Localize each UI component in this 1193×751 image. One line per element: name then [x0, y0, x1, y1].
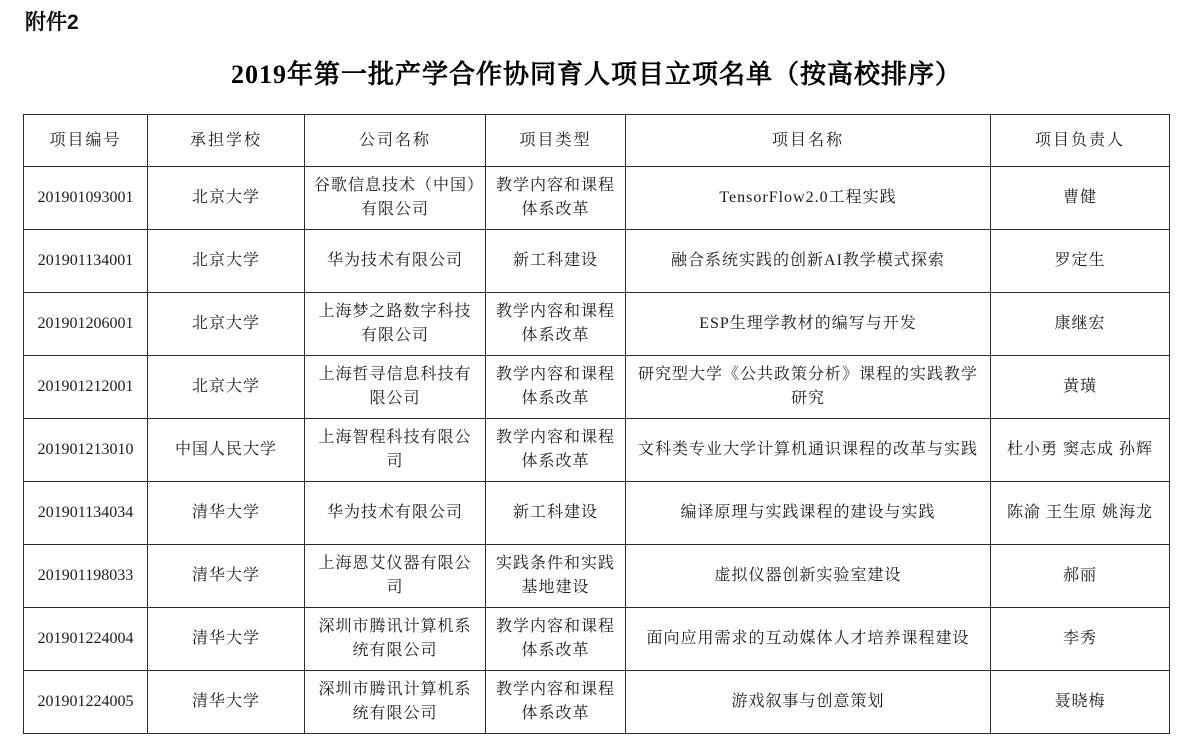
header-cell-company: 公司名称 [305, 115, 486, 167]
table-cell-project-name: ESP生理学教材的编写与开发 [626, 293, 991, 356]
table-body: 201901093001北京大学谷歌信息技术（中国）有限公司教学内容和课程体系改… [24, 167, 1170, 734]
table-cell-company: 上海梦之路数字科技有限公司 [305, 293, 486, 356]
table-row: 201901224005清华大学深圳市腾讯计算机系统有限公司教学内容和课程体系改… [24, 671, 1170, 734]
attachment-label: 附件2 [25, 8, 1193, 38]
table-cell-project-id: 201901093001 [24, 167, 148, 230]
table-row: 201901224004清华大学深圳市腾讯计算机系统有限公司教学内容和课程体系改… [24, 608, 1170, 671]
table-cell-project-name: 虚拟仪器创新实验室建设 [626, 545, 991, 608]
table-cell-project-leader: 黄璜 [991, 356, 1170, 419]
table-cell-project-id: 201901224005 [24, 671, 148, 734]
table-cell-company: 华为技术有限公司 [305, 230, 486, 293]
projects-table: 项目编号承担学校公司名称项目类型项目名称项目负责人 201901093001北京… [23, 114, 1170, 734]
header-cell-project-type: 项目类型 [486, 115, 626, 167]
table-cell-company: 上海哲寻信息科技有限公司 [305, 356, 486, 419]
table-cell-project-type: 新工科建设 [486, 482, 626, 545]
table-cell-school: 北京大学 [148, 230, 305, 293]
table-cell-project-name: TensorFlow2.0工程实践 [626, 167, 991, 230]
table-cell-school: 北京大学 [148, 167, 305, 230]
header-cell-project-leader: 项目负责人 [991, 115, 1170, 167]
table-cell-project-type: 实践条件和实践基地建设 [486, 545, 626, 608]
table-row: 201901134001北京大学华为技术有限公司新工科建设融合系统实践的创新AI… [24, 230, 1170, 293]
table-cell-project-name: 游戏叙事与创意策划 [626, 671, 991, 734]
table-row: 201901134034清华大学华为技术有限公司新工科建设编译原理与实践课程的建… [24, 482, 1170, 545]
table-cell-school: 清华大学 [148, 545, 305, 608]
table-cell-project-id: 201901224004 [24, 608, 148, 671]
table-row: 201901198033清华大学上海恩艾仪器有限公司实践条件和实践基地建设虚拟仪… [24, 545, 1170, 608]
table-header-row: 项目编号承担学校公司名称项目类型项目名称项目负责人 [24, 115, 1170, 167]
table-row: 201901206001北京大学上海梦之路数字科技有限公司教学内容和课程体系改革… [24, 293, 1170, 356]
table-cell-school: 北京大学 [148, 356, 305, 419]
table-cell-company: 上海智程科技有限公司 [305, 419, 486, 482]
header-cell-project-name: 项目名称 [626, 115, 991, 167]
table-cell-project-type: 教学内容和课程体系改革 [486, 167, 626, 230]
header-cell-school: 承担学校 [148, 115, 305, 167]
document-page: 附件2 2019年第一批产学合作协同育人项目立项名单（按高校排序） 项目编号承担… [0, 0, 1193, 751]
table-row: 201901212001北京大学上海哲寻信息科技有限公司教学内容和课程体系改革研… [24, 356, 1170, 419]
table-cell-company: 深圳市腾讯计算机系统有限公司 [305, 671, 486, 734]
table-cell-project-type: 教学内容和课程体系改革 [486, 608, 626, 671]
header-cell-project-id: 项目编号 [24, 115, 148, 167]
table-cell-project-leader: 李秀 [991, 608, 1170, 671]
table-cell-company: 上海恩艾仪器有限公司 [305, 545, 486, 608]
table-cell-project-id: 201901134001 [24, 230, 148, 293]
table-cell-project-type: 教学内容和课程体系改革 [486, 419, 626, 482]
table-cell-project-id: 201901198033 [24, 545, 148, 608]
table-cell-school: 清华大学 [148, 482, 305, 545]
table-cell-project-type: 教学内容和课程体系改革 [486, 356, 626, 419]
table-cell-school: 中国人民大学 [148, 419, 305, 482]
table-cell-project-name: 面向应用需求的互动媒体人才培养课程建设 [626, 608, 991, 671]
table-cell-project-leader: 杜小勇 窦志成 孙辉 [991, 419, 1170, 482]
table-cell-project-type: 教学内容和课程体系改革 [486, 671, 626, 734]
table-cell-project-leader: 康继宏 [991, 293, 1170, 356]
table-row: 201901093001北京大学谷歌信息技术（中国）有限公司教学内容和课程体系改… [24, 167, 1170, 230]
table-cell-company: 深圳市腾讯计算机系统有限公司 [305, 608, 486, 671]
table-cell-project-id: 201901206001 [24, 293, 148, 356]
table-cell-school: 清华大学 [148, 608, 305, 671]
table-cell-school: 清华大学 [148, 671, 305, 734]
table-cell-project-type: 新工科建设 [486, 230, 626, 293]
table-cell-project-name: 研究型大学《公共政策分析》课程的实践教学研究 [626, 356, 991, 419]
table-cell-project-id: 201901212001 [24, 356, 148, 419]
table-cell-school: 北京大学 [148, 293, 305, 356]
table-cell-project-name: 文科类专业大学计算机通识课程的改革与实践 [626, 419, 991, 482]
table-cell-project-leader: 陈渝 王生原 姚海龙 [991, 482, 1170, 545]
table-cell-project-type: 教学内容和课程体系改革 [486, 293, 626, 356]
table-cell-project-id: 201901134034 [24, 482, 148, 545]
table-cell-project-id: 201901213010 [24, 419, 148, 482]
table-row: 201901213010中国人民大学上海智程科技有限公司教学内容和课程体系改革文… [24, 419, 1170, 482]
table-cell-project-name: 融合系统实践的创新AI教学模式探索 [626, 230, 991, 293]
table-cell-project-name: 编译原理与实践课程的建设与实践 [626, 482, 991, 545]
table-cell-company: 华为技术有限公司 [305, 482, 486, 545]
page-title: 2019年第一批产学合作协同育人项目立项名单（按高校排序） [0, 60, 1193, 90]
table-cell-project-leader: 聂晓梅 [991, 671, 1170, 734]
table-cell-project-leader: 曹健 [991, 167, 1170, 230]
table-cell-project-leader: 郝丽 [991, 545, 1170, 608]
table-cell-company: 谷歌信息技术（中国）有限公司 [305, 167, 486, 230]
table-cell-project-leader: 罗定生 [991, 230, 1170, 293]
